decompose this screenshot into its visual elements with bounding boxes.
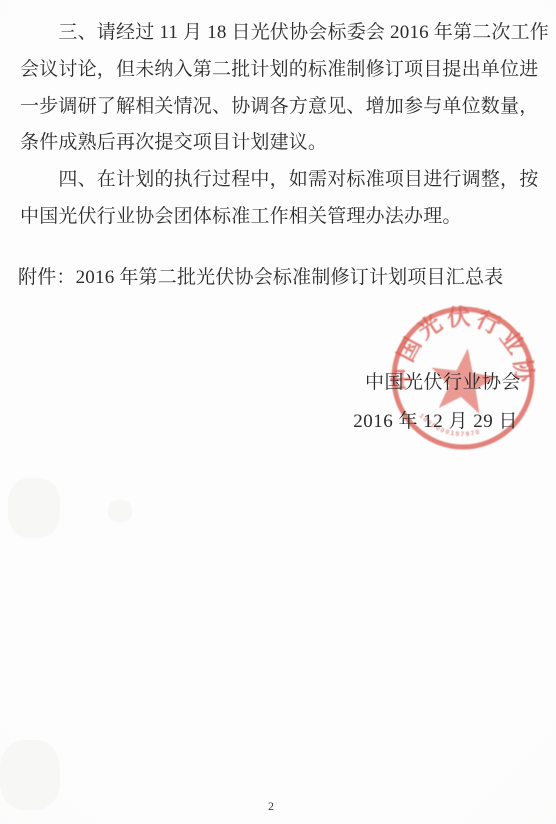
- text-line: 三、请经过 11 月 18 日光伏协会标委会 2016 年第二次工作: [20, 18, 538, 55]
- paragraph-three: 三、请经过 11 月 18 日光伏协会标委会 2016 年第二次工作会议讨论，但…: [20, 18, 538, 165]
- attachment-line: 附件：2016 年第二批光伏协会标准制修订计划项目汇总表: [18, 262, 503, 289]
- page-number: 2: [0, 799, 542, 814]
- signature-date: 2016 年 12 月 29 日: [353, 406, 518, 433]
- text-line: 条件成熟后再次提交项目计划建议。: [20, 128, 538, 165]
- scan-smudge: [8, 478, 60, 538]
- text-line: 四、在计划的执行过程中，如需对标准项目进行调整，按: [20, 165, 538, 202]
- body-text: 三、请经过 11 月 18 日光伏协会标委会 2016 年第二次工作会议讨论，但…: [20, 18, 538, 239]
- scan-smudge: [108, 500, 132, 522]
- document-page: 三、请经过 11 月 18 日光伏协会标委会 2016 年第二次工作会议讨论，但…: [0, 0, 556, 824]
- signature-organization: 中国光伏行业协会: [365, 367, 521, 394]
- text-line: 会议讨论，但未纳入第二批计划的标准制修订项目提出单位进: [20, 55, 538, 92]
- paragraph-four: 四、在计划的执行过程中，如需对标准项目进行调整，按中国光伏行业协会团体标准工作相…: [20, 165, 538, 239]
- text-line: 中国光伏行业协会团体标准工作相关管理办法办理。: [20, 202, 538, 239]
- text-line: 一步调研了解相关情况、协调各方意见、增加参与单位数量，: [20, 92, 538, 129]
